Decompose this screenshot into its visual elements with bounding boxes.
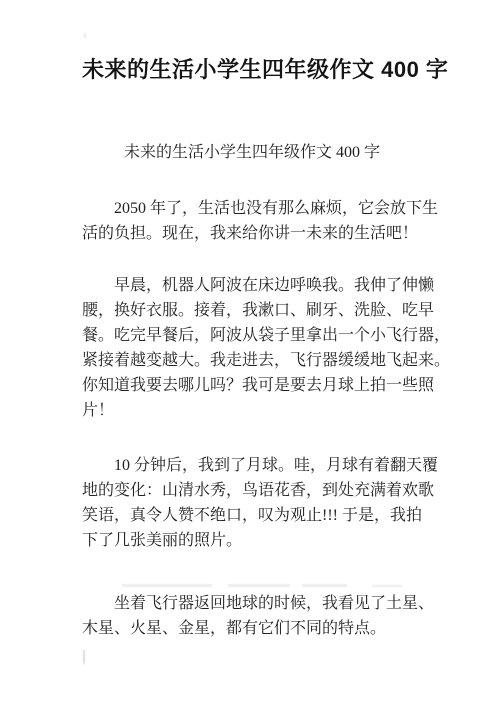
scan-artifact <box>122 584 212 587</box>
essay-line: 活的负担。现在，我来给你讲一未来的生活吧！ <box>82 221 422 246</box>
essay-line: 坐着飞行器返回地球的时候，我看见了土星、 <box>82 591 422 616</box>
essay-line: 笑语，真令人赞不绝口，叹为观止!!! 于是，我拍 <box>82 503 422 528</box>
scan-artifact <box>228 584 290 587</box>
essay-line: 下了几张美丽的照片。 <box>82 528 422 553</box>
essay-line: 早晨，机器人阿波在床边呼唤我。我伸了伸懒 <box>82 273 422 298</box>
paragraph-morning: 早晨，机器人阿波在床边呼唤我。我伸了伸懒 腰，换好衣服。接着，我漱口、刷牙、洗脸… <box>82 273 422 423</box>
essay-line: 你知道我要去哪儿吗？我可是要去月球上拍一些照 <box>82 373 422 398</box>
essay-line: 10 分钟后，我到了月球。哇，月球有着翻天覆 <box>82 453 422 478</box>
essay-line: 片！ <box>82 398 422 423</box>
scan-artifact <box>302 584 347 587</box>
paragraph-return: 坐着飞行器返回地球的时候，我看见了土星、 木星、火星、金星，都有它们不同的特点。 <box>82 591 422 641</box>
paragraph-moon: 10 分钟后，我到了月球。哇，月球有着翻天覆 地的变化：山清水秀，鸟语花香，到处… <box>82 453 422 553</box>
scan-artifact <box>372 585 402 587</box>
document-content: 未来的生活小学生四年级作文 400 字 未来的生活小学生四年级作文 400 字 … <box>82 0 422 641</box>
essay-line: 木星、火星、金星，都有它们不同的特点。 <box>82 616 422 641</box>
essay-line: 地的变化：山清水秀，鸟语花香，到处充满着欢歌 <box>82 478 422 503</box>
essay-line: 紧接着越变越大。我走进去，飞行器缓缓地飞起来。 <box>82 348 422 373</box>
document-page: 未来的生活小学生四年级作文 400 字 未来的生活小学生四年级作文 400 字 … <box>0 0 500 707</box>
document-title: 未来的生活小学生四年级作文 400 字 <box>82 54 422 86</box>
paragraph-intro: 2050 年了，生活也没有那么麻烦，它会放下生 活的负担。现在，我来给你讲一未来… <box>82 196 422 246</box>
scan-artifact <box>84 33 86 38</box>
document-subtitle: 未来的生活小学生四年级作文 400 字 <box>82 142 422 164</box>
essay-line: 餐。吃完早餐后，阿波从袋子里拿出一个小飞行器， <box>82 323 422 348</box>
essay-line: 2050 年了，生活也没有那么麻烦，它会放下生 <box>82 196 422 221</box>
essay-line: 腰，换好衣服。接着，我漱口、刷牙、洗脸、吃早 <box>82 298 422 323</box>
scan-artifact <box>83 650 85 664</box>
